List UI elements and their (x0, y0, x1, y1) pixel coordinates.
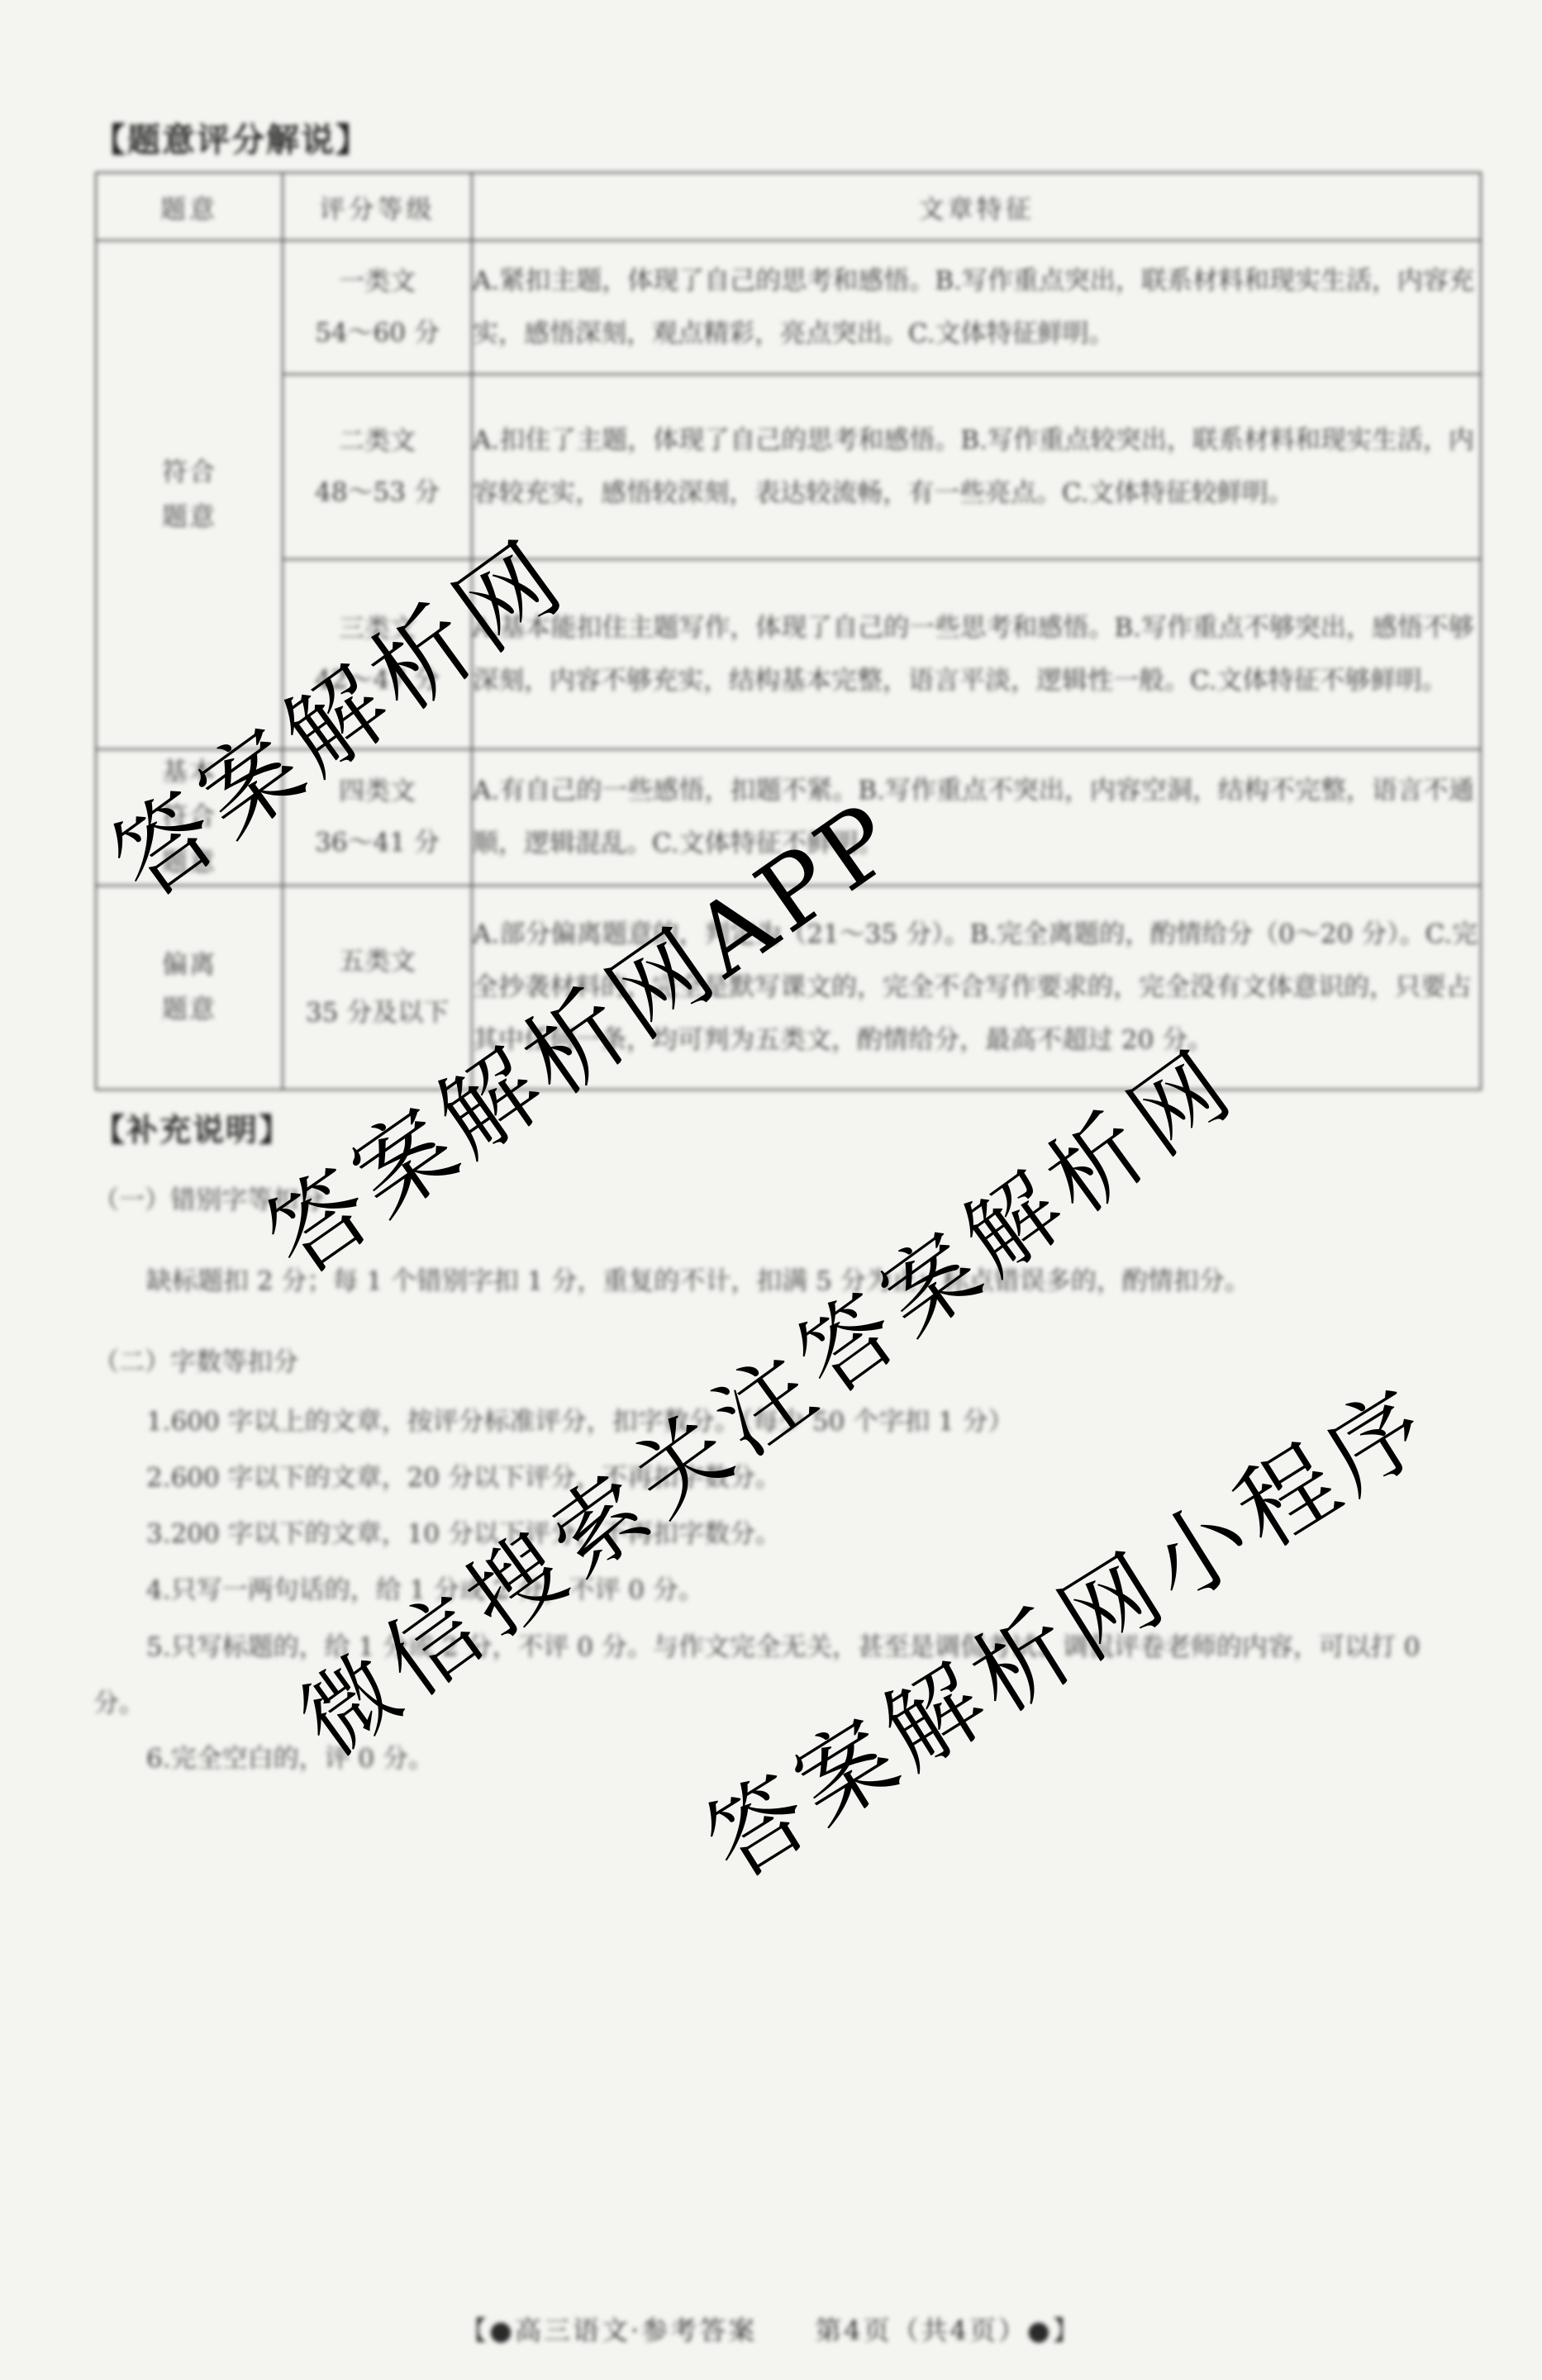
col-header-topic: 题意 (96, 173, 283, 240)
table-row: 基本符合题意 四类文 36～41 分 A.有自己的一些感悟，扣题不紧。B.写作重… (96, 749, 1481, 886)
grade-label: 三类文 (283, 603, 471, 654)
table-row: 三类文 42～47 分 A.基本能扣住主题写作，体现了自己的一些思考和感悟。B.… (96, 559, 1481, 749)
score-range: 42～47 分 (283, 654, 471, 705)
notes-item: 2.600 字以下的文章，20 分以下评分，不再扣字数分。 (93, 1459, 1506, 1497)
grade-label: 二类文 (283, 416, 471, 467)
notes-item: 4.只写一两句话的，给 1 分或 2 分，不评 0 分。 (93, 1571, 1506, 1609)
grade-cell: 二类文 48～53 分 (283, 374, 472, 559)
rubric-heading: 【题意评分解说】 (93, 114, 370, 161)
notes-item: 3.200 字以下的文章，10 分以下评分，不再扣字数分。 (93, 1515, 1506, 1553)
grade-cell: 一类文 54～60 分 (283, 240, 472, 374)
score-range: 48～53 分 (283, 467, 471, 518)
grade-label: 一类文 (283, 256, 471, 307)
table-header-row: 题意 评分等级 文章特征 (96, 173, 1481, 240)
notes-item: 6.完全空白的，评 0 分。 (93, 1740, 1506, 1778)
features-cell: A.紧扣主题，体现了自己的思考和感悟。B.写作重点突出，联系材料和现实生活，内容… (472, 240, 1481, 374)
group-label: 符合题意 (159, 450, 218, 540)
grade-cell: 四类文 36～41 分 (283, 749, 472, 886)
notes-heading: 【补充说明】 (93, 1104, 292, 1150)
rubric-table: 题意 评分等级 文章特征 符合题意 一类文 54～60 分 A.紧扣主题，体现了… (95, 172, 1482, 1090)
document-layer: 【题意评分解说】 题意 评分等级 文章特征 符合题意 一类文 54～60 分 A… (0, 0, 1542, 2380)
group-label: 偏离题意 (159, 943, 218, 1033)
grade-label: 四类文 (283, 766, 471, 817)
table-row: 符合题意 一类文 54～60 分 A.紧扣主题，体现了自己的思考和感悟。B.写作… (96, 240, 1481, 374)
features-cell: A.有自己的一些感悟，扣题不紧。B.写作重点不突出，内容空洞，结构不完整，语言不… (472, 749, 1481, 886)
col-header-features: 文章特征 (472, 173, 1481, 240)
score-range: 35 分及以下 (283, 987, 471, 1038)
group-cell-off-topic: 偏离题意 (96, 886, 283, 1090)
grade-cell: 五类文 35 分及以下 (283, 886, 472, 1090)
notes-item: 1.600 字以上的文章，按评分标准评分，扣字数分。（每少 50 个字扣 1 分… (93, 1403, 1506, 1441)
score-range: 36～41 分 (283, 817, 471, 868)
notes-item: 5.只写标题的，给 1 分或 2 分，不评 0 分。与作文完全无关，甚至是调侃考… (93, 1619, 1449, 1732)
features-cell: A.扣住了主题，体现了自己的思考和感悟。B.写作重点较突出，联系材料和现实生活，… (472, 374, 1481, 559)
table-row: 偏离题意 五类文 35 分及以下 A.部分偏离题意的，判定为（21～35 分）。… (96, 886, 1481, 1090)
grade-cell: 三类文 42～47 分 (283, 559, 472, 749)
group-cell-basically-fits-topic: 基本符合题意 (96, 749, 283, 886)
scanned-answer-page: 【题意评分解说】 题意 评分等级 文章特征 符合题意 一类文 54～60 分 A… (0, 0, 1542, 2380)
notes-note1: 缺标题扣 2 分；每 1 个错别字扣 1 分，重复的不计，扣满 5 分为止；标点… (93, 1262, 1506, 1300)
features-cell: A.基本能扣住主题写作，体现了自己的一些思考和感悟。B.写作重点不够突出，感悟不… (472, 559, 1481, 749)
group-cell-fits-topic: 符合题意 (96, 240, 283, 749)
features-cell: A.部分偏离题意的，判定为（21～35 分）。B.完全离题的，酌情给分（0～20… (472, 886, 1481, 1090)
table-row: 二类文 48～53 分 A.扣住了主题，体现了自己的思考和感悟。B.写作重点较突… (96, 374, 1481, 559)
page-footer: 【●高三语文·参考答案 第4页（共4页）●】 (0, 2310, 1542, 2348)
notes-sub1: （一）错别字等扣分 (93, 1181, 1453, 1219)
notes-sub2: （二）字数等扣分 (93, 1343, 1453, 1381)
grade-label: 五类文 (283, 936, 471, 987)
group-label: 基本符合题意 (159, 750, 218, 885)
col-header-grade: 评分等级 (283, 173, 472, 240)
score-range: 54～60 分 (283, 307, 471, 359)
